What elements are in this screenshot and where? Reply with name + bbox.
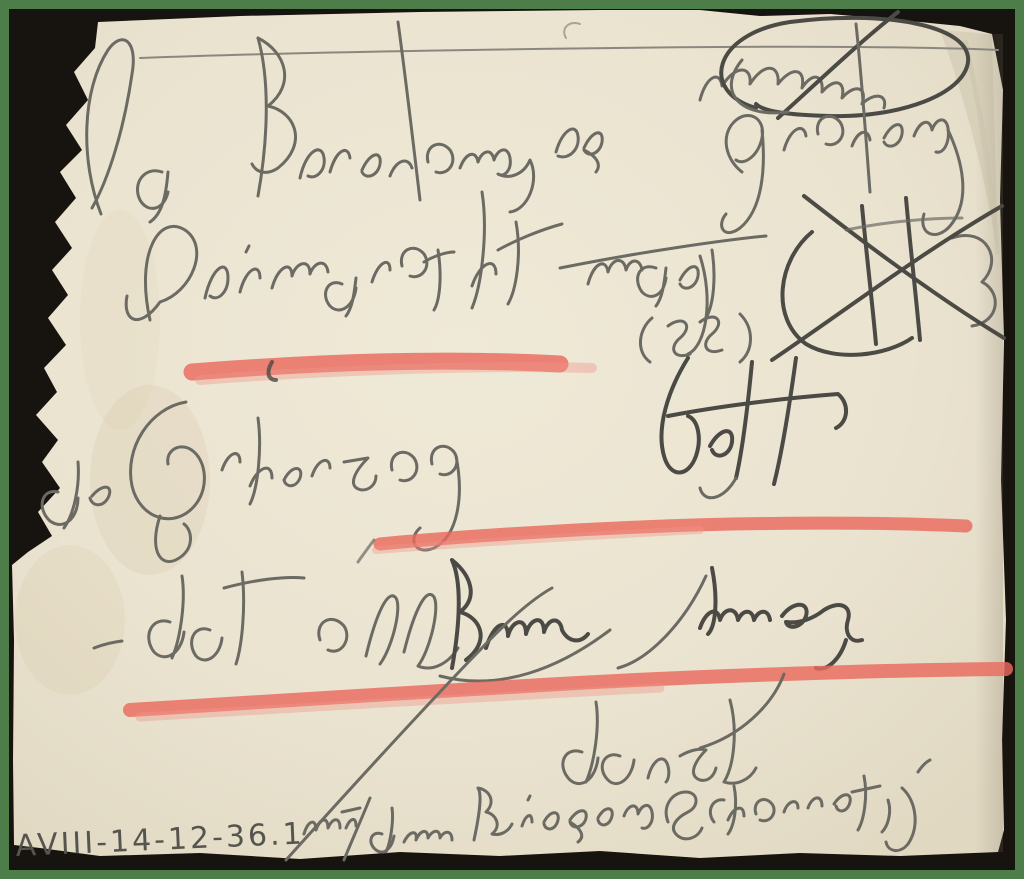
- scan-canvas: AVIII-14-12-36.1: [0, 0, 1024, 879]
- scanned-archive-slip: AVIII-14-12-36.1: [0, 0, 1024, 879]
